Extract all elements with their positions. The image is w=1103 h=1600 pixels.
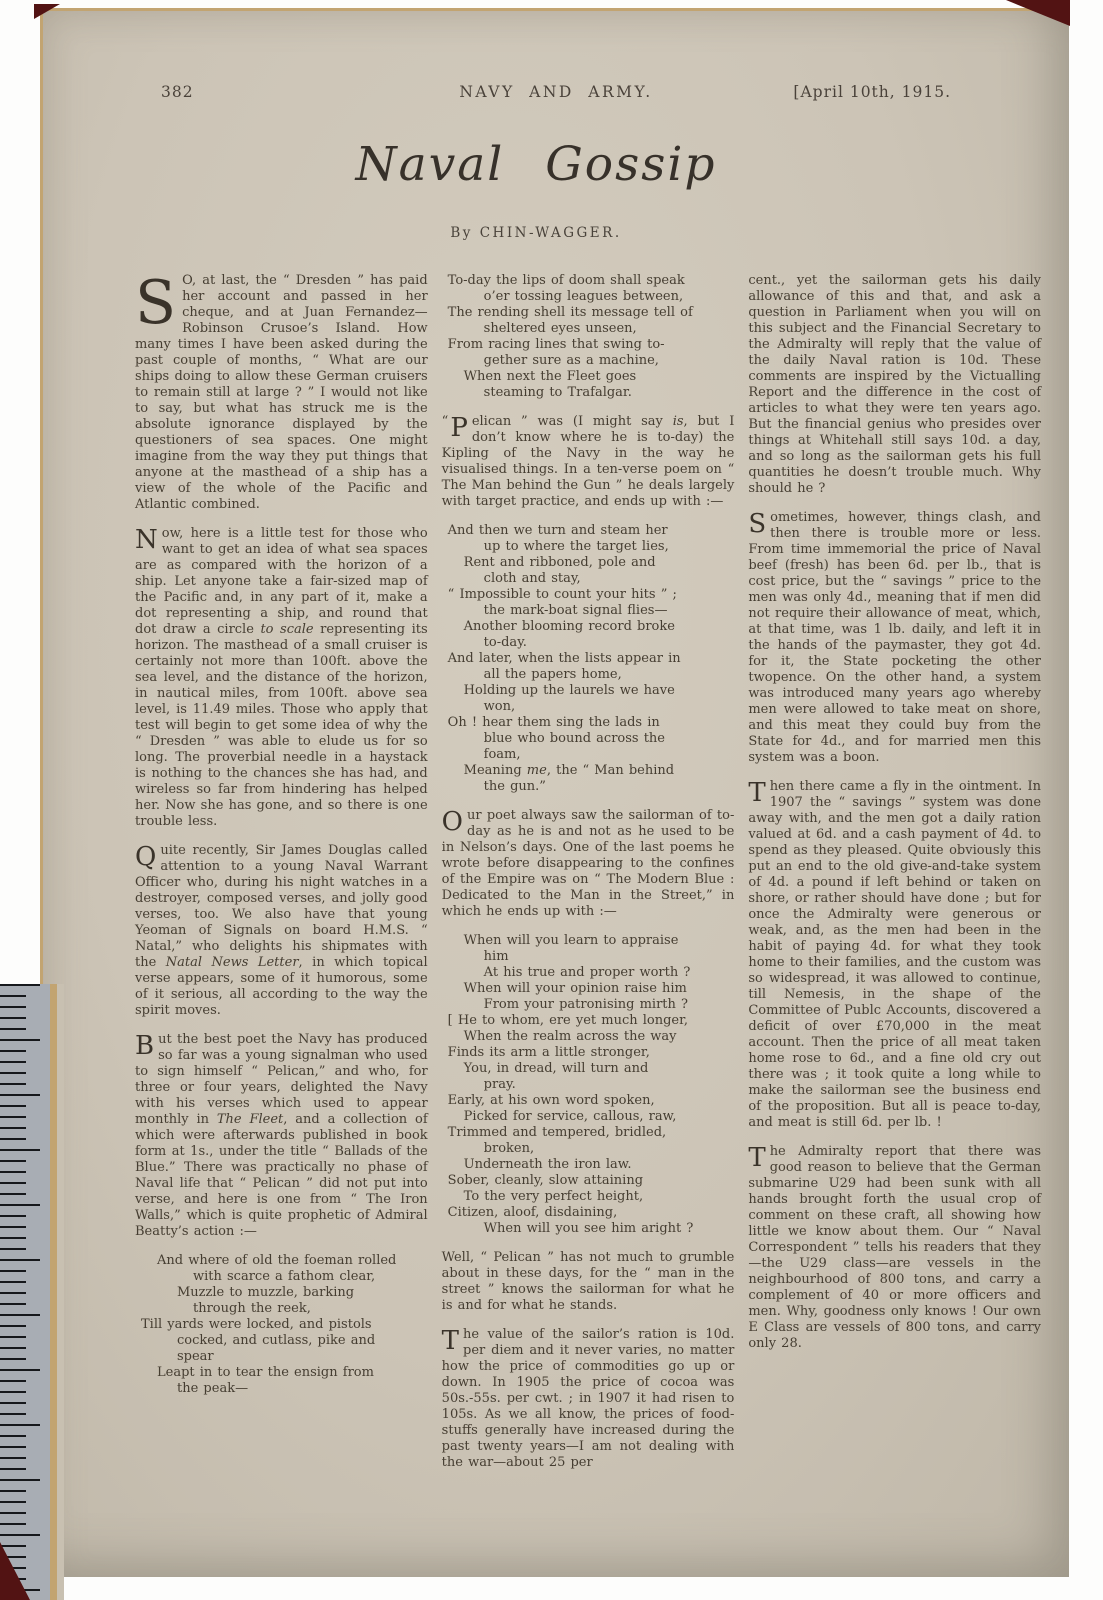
verse-line: the gun.” bbox=[442, 779, 735, 795]
drop-cap: T bbox=[442, 1327, 463, 1355]
verse-line: When will you learn to appraise bbox=[442, 933, 735, 949]
paragraph: SO, at last, the “ Dresden ” has paid he… bbox=[135, 273, 428, 513]
verse-line: with scarce a fathom clear, bbox=[135, 1269, 428, 1285]
verse-line: When will you see him aright ? bbox=[442, 1221, 735, 1237]
verse-line: To-day the lips of doom shall speak bbox=[442, 273, 735, 289]
page-header: 382 NAVY AND ARMY. [April 10th, 1915. bbox=[161, 83, 951, 101]
verse-line: When will your opinion raise him bbox=[442, 981, 735, 997]
paragraph: Sometimes, however, things clash, and th… bbox=[748, 510, 1041, 766]
verse-line: Leapt in to tear the ensign from bbox=[135, 1365, 428, 1381]
leading-quote: “ bbox=[442, 414, 451, 430]
drop-cap: T bbox=[748, 779, 769, 807]
verse-line: Oh ! hear them sing the lads in bbox=[442, 715, 735, 731]
verse-line: At his true and proper worth ? bbox=[442, 965, 735, 981]
paragraph: But the best poet the Navy has produced … bbox=[135, 1032, 428, 1240]
verse-line: Early, at his own word spoken, bbox=[442, 1093, 735, 1109]
page-number: 382 bbox=[161, 83, 459, 101]
verse-line: blue who bound across the bbox=[442, 731, 735, 747]
verse-block: And where of old the foeman rolledwith s… bbox=[135, 1253, 428, 1397]
verse-line: Citizen, aloof, disdaining, bbox=[442, 1205, 735, 1221]
verse-line: The rending shell its message tell of bbox=[442, 305, 735, 321]
paragraph: cent., yet the sailorman gets his daily … bbox=[748, 273, 1041, 497]
verse-line: him bbox=[442, 949, 735, 965]
column-2: To-day the lips of doom shall speako’er … bbox=[442, 273, 735, 1484]
verse-line: the peak— bbox=[135, 1381, 428, 1397]
article-byline: By CHIN-WAGGER. bbox=[43, 225, 1029, 241]
verse-line: To the very perfect height, bbox=[442, 1189, 735, 1205]
drop-cap: O bbox=[442, 808, 467, 836]
verse-line: cloth and stay, bbox=[442, 571, 735, 587]
verse-line: And where of old the foeman rolled bbox=[135, 1253, 428, 1269]
verse-line: all the papers home, bbox=[442, 667, 735, 683]
verse-line: Holding up the laurels we have bbox=[442, 683, 735, 699]
paragraph: “ Pelican ” was (I might say is, but I d… bbox=[442, 414, 735, 510]
verse-block: And then we turn and steam herup to wher… bbox=[442, 523, 735, 795]
verse-line: From your patronising mirth ? bbox=[442, 997, 735, 1013]
article-columns: SO, at last, the “ Dresden ” has paid he… bbox=[135, 273, 1041, 1484]
verse-line: Rent and ribboned, pole and bbox=[442, 555, 735, 571]
verse-line: And later, when the lists appear in bbox=[442, 651, 735, 667]
verse-line: broken, bbox=[442, 1141, 735, 1157]
verse-line: From racing lines that swing to- bbox=[442, 337, 735, 353]
verse-line: foam, bbox=[442, 747, 735, 763]
verse-line: to-day. bbox=[442, 635, 735, 651]
verse-line: “ Impossible to count your hits ” ; bbox=[442, 587, 735, 603]
verse-line: pray. bbox=[442, 1077, 735, 1093]
verse-line: up to where the target lies, bbox=[442, 539, 735, 555]
verse-line: Meaning me, the “ Man behind bbox=[442, 763, 735, 779]
verse-line: spear bbox=[135, 1349, 428, 1365]
verse-line: sheltered eyes unseen, bbox=[442, 321, 735, 337]
verse-line: [ He to whom, ere yet much longer, bbox=[442, 1013, 735, 1029]
drop-cap: N bbox=[135, 526, 162, 554]
drop-cap: T bbox=[748, 1144, 769, 1172]
verse-line: Till yards were locked, and pistols bbox=[135, 1317, 428, 1333]
verse-line: gether sure as a machine, bbox=[442, 353, 735, 369]
paragraph: Then there came a fly in the ointment. I… bbox=[748, 779, 1041, 1131]
verse-line: the mark-boat signal flies— bbox=[442, 603, 735, 619]
verse-line: won, bbox=[442, 699, 735, 715]
drop-cap: Q bbox=[135, 843, 160, 871]
verse-line: You, in dread, will turn and bbox=[442, 1061, 735, 1077]
verse-line: Another blooming record broke bbox=[442, 619, 735, 635]
verse-line: And then we turn and steam her bbox=[442, 523, 735, 539]
verse-line: Trimmed and tempered, bridled, bbox=[442, 1125, 735, 1141]
paragraph: Quite recently, Sir James Douglas called… bbox=[135, 843, 428, 1019]
journal-title: NAVY AND ARMY. bbox=[459, 83, 652, 101]
column-1: SO, at last, the “ Dresden ” has paid he… bbox=[135, 273, 428, 1484]
verse-block: To-day the lips of doom shall speako’er … bbox=[442, 273, 735, 401]
paragraph: The Admiralty report that there was good… bbox=[748, 1144, 1041, 1352]
drop-cap: S bbox=[135, 273, 182, 330]
verse-line: When next the Fleet goes bbox=[442, 369, 735, 385]
article-title: Naval Gossip bbox=[43, 137, 1029, 192]
issue-date: [April 10th, 1915. bbox=[653, 83, 951, 101]
verse-block: When will you learn to appraisehimAt his… bbox=[442, 933, 735, 1237]
verse-line: Picked for service, callous, raw, bbox=[442, 1109, 735, 1125]
drop-cap: S bbox=[748, 510, 770, 538]
drop-cap: P bbox=[450, 414, 472, 442]
paragraph: Well, “ Pelican ” has not much to grumbl… bbox=[442, 1250, 735, 1314]
paragraph: The value of the sailor’s ration is 10d.… bbox=[442, 1327, 735, 1471]
verse-line: Underneath the iron law. bbox=[442, 1157, 735, 1173]
paragraph: Now, here is a little test for those who… bbox=[135, 526, 428, 830]
verse-line: Sober, cleanly, slow attaining bbox=[442, 1173, 735, 1189]
verse-line: o’er tossing leagues between, bbox=[442, 289, 735, 305]
verse-line: Finds its arm a little stronger, bbox=[442, 1045, 735, 1061]
paragraph: Our poet always saw the sailorman of to-… bbox=[442, 808, 735, 920]
magazine-page: 382 NAVY AND ARMY. [April 10th, 1915. Na… bbox=[40, 8, 1069, 1577]
verse-line: cocked, and cutlass, pike and bbox=[135, 1333, 428, 1349]
drop-cap: B bbox=[135, 1032, 158, 1060]
verse-line: through the reek, bbox=[135, 1301, 428, 1317]
verse-line: Muzzle to muzzle, barking bbox=[135, 1285, 428, 1301]
verse-line: steaming to Trafalgar. bbox=[442, 385, 735, 401]
column-3: cent., yet the sailorman gets his daily … bbox=[748, 273, 1041, 1484]
measuring-ruler bbox=[0, 984, 64, 1600]
verse-line: When the realm across the way bbox=[442, 1029, 735, 1045]
